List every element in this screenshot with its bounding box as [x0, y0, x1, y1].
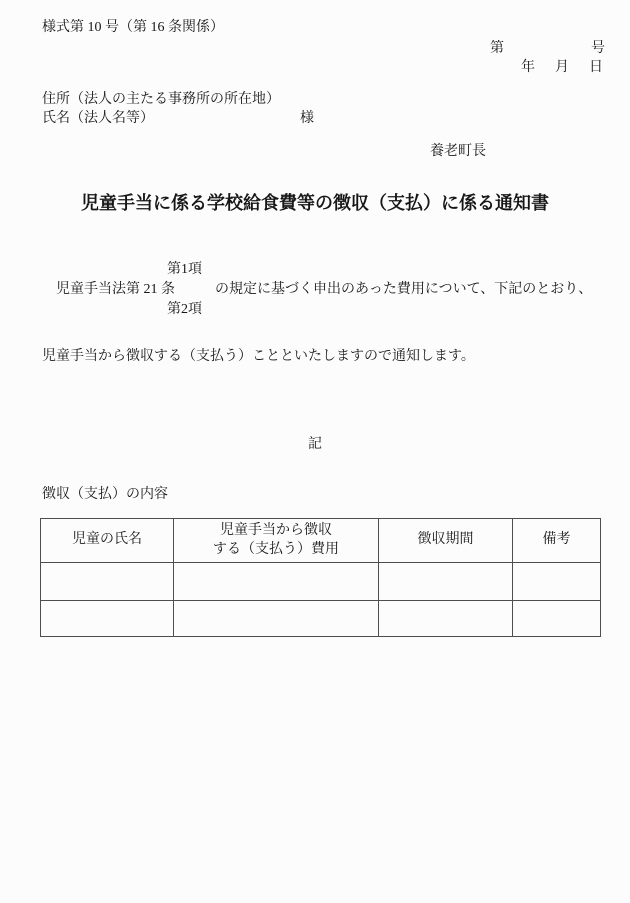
table-cell-period — [379, 563, 513, 601]
document-number-line: 第 号 — [490, 41, 605, 56]
table-cell-expense — [174, 601, 379, 637]
law-clause-1: 第1項 — [167, 262, 202, 277]
sender-name: 養老町長 — [430, 144, 486, 159]
recipient-address-label: 住所（法人の主たる事務所の所在地） — [42, 92, 280, 107]
document-number-suffix: 号 — [591, 41, 605, 56]
ki-marker: 記 — [0, 437, 630, 452]
table-cell-remarks — [513, 601, 601, 637]
header-deducted-expense: 児童手当から徴収 する（支払う）費用 — [174, 519, 379, 563]
document-title: 児童手当に係る学校給食費等の徴収（支払）に係る通知書 — [0, 194, 630, 214]
table-section-label: 徴収（支払）の内容 — [42, 487, 168, 502]
table-cell-child-name — [41, 563, 174, 601]
table-cell-remarks — [513, 563, 601, 601]
recipient-honorific: 様 — [300, 111, 314, 126]
form-number-label: 様式第 10 号（第 16 条関係） — [42, 20, 224, 35]
header-child-name: 児童の氏名 — [41, 519, 174, 563]
notification-body-text: 児童手当から徴収する（支払う）ことといたしますので通知します。 — [42, 349, 475, 364]
recipient-name-label: 氏名（法人名等） — [42, 111, 154, 126]
header-remarks: 備考 — [513, 519, 601, 563]
table-cell-child-name — [41, 601, 174, 637]
date-year-label: 年 — [521, 60, 535, 75]
table-row — [41, 601, 601, 637]
table-cell-period — [379, 601, 513, 637]
notice-document-page: 様式第 10 号（第 16 条関係） 第 号 年 月 日 住所（法人の主たる事務… — [0, 0, 630, 903]
table-cell-expense — [174, 563, 379, 601]
law-continuation-text: の規定に基づく申出のあった費用について、下記のとおり、 — [215, 282, 592, 297]
collection-details-table: 児童の氏名 児童手当から徴収 する（支払う）費用 徴収期間 備考 — [40, 518, 601, 637]
table-header-row: 児童の氏名 児童手当から徴収 する（支払う）費用 徴収期間 備考 — [41, 519, 601, 563]
date-line: 年 月 日 — [521, 60, 603, 75]
date-month-label: 月 — [555, 60, 569, 75]
table-row — [41, 563, 601, 601]
header-collection-period: 徴収期間 — [379, 519, 513, 563]
document-number-prefix: 第 — [490, 41, 504, 56]
law-name: 児童手当法第 21 条 — [56, 282, 175, 297]
date-day-label: 日 — [589, 60, 603, 75]
law-clause-2: 第2項 — [167, 302, 202, 317]
